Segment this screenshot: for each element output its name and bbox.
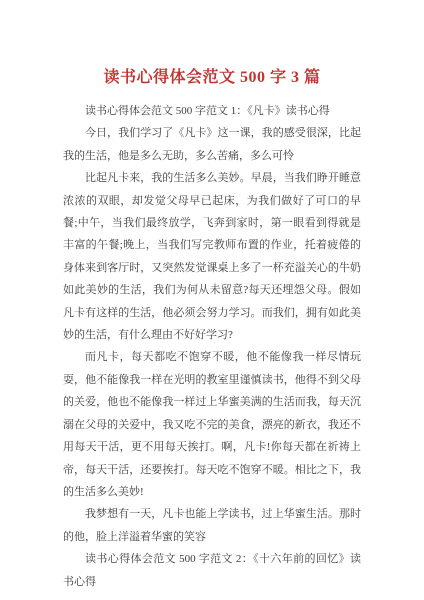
paragraph: 我梦想有一天，凡卡也能上学读书，过上华蜜生活。那时的他，脸上洋溢着华蜜的笑容	[63, 503, 361, 548]
paragraph: 今日，我们学习了《凡卡》这一课，我的感受很深，比起我的生活，他是多么无助，多么苦…	[63, 122, 361, 167]
document-page: 读书心得体会范文 500 字 3 篇 读书心得体会范文 500 字范文 1：《凡…	[0, 0, 424, 600]
document-body: 读书心得体会范文 500 字范文 1：《凡卡》读书心得 今日，我们学习了《凡卡》…	[63, 100, 361, 593]
paragraph: 而凡卡，每天都吃不饱穿不暖，他不能像我一样尽情玩耍，他不能像我一样在光明的教室里…	[63, 346, 361, 503]
paragraph: 比起凡卡来，我的生活多么美妙。早晨，当我们睁开睡意浓浓的双眼，却发觉父母早已起床…	[63, 167, 361, 346]
paragraph-section1-heading: 读书心得体会范文 500 字范文 1：《凡卡》读书心得	[63, 100, 361, 122]
document-title: 读书心得体会范文 500 字 3 篇	[0, 0, 424, 87]
paragraph-section2-heading: 读书心得体会范文 500 字范文 2：《十六年前的回忆》读书心得	[63, 548, 361, 593]
